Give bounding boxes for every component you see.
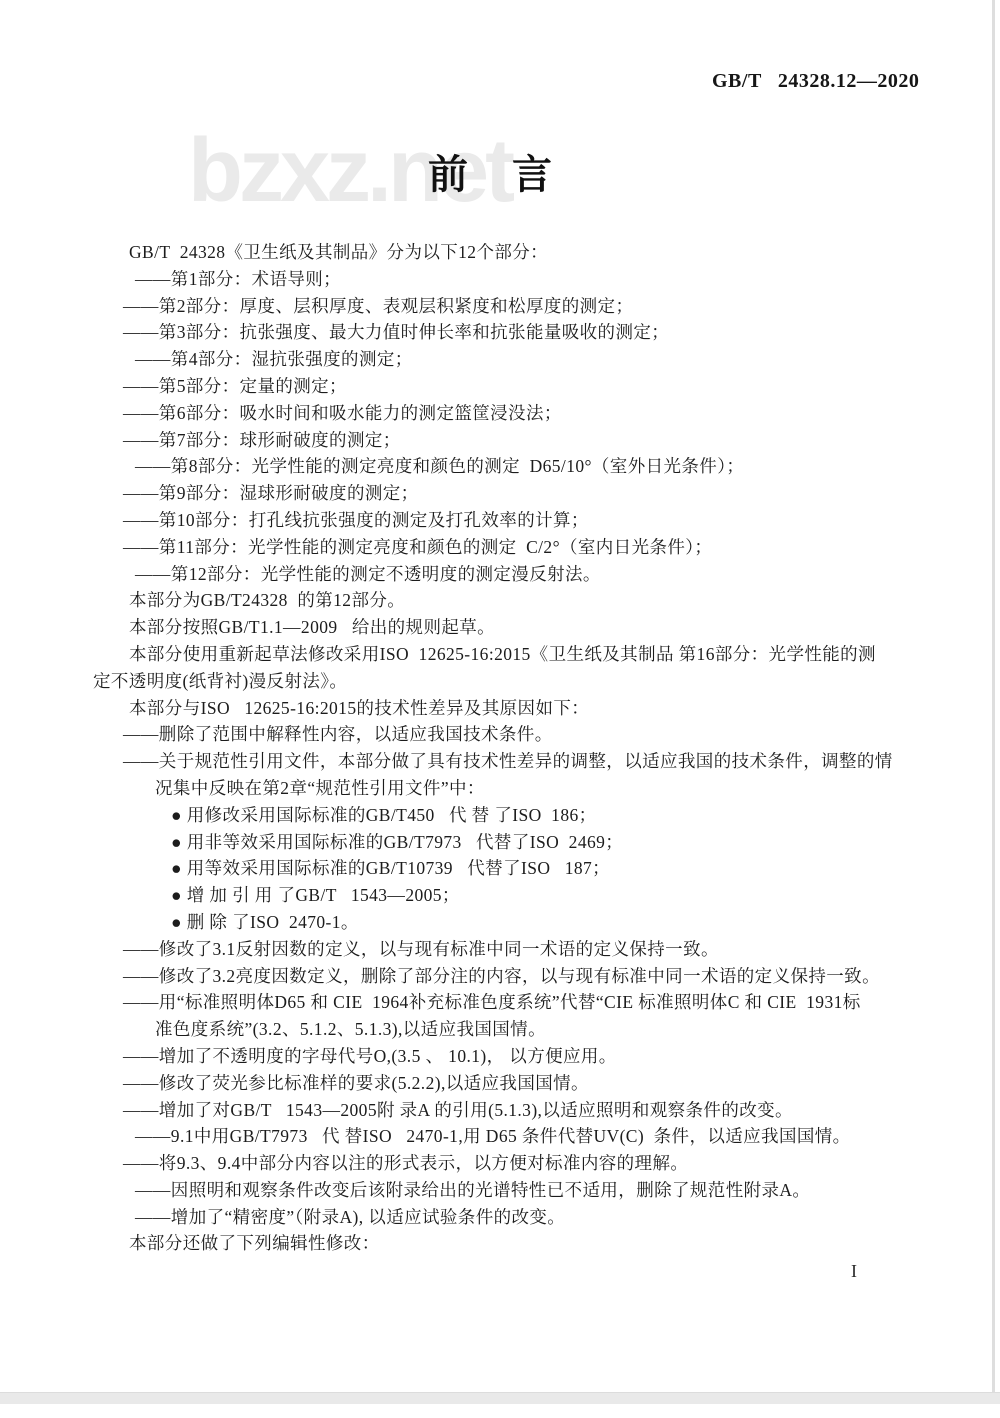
document-line: ——第4部分：湿抗张强度的测定； xyxy=(93,346,913,373)
document-line: 准色度系统”(3.2、5.1.2、5.1.3),以适应我国国情。 xyxy=(93,1016,913,1043)
document-line: ——第6部分：吸水时间和吸水能力的测定篮筐浸没法； xyxy=(93,400,913,427)
document-line: ——删除了范围中解释性内容，以适应我国技术条件。 xyxy=(93,721,913,748)
document-line: ——修改了3.2亮度因数定义，删除了部分注的内容，以与现有标准中同一术语的定义保… xyxy=(93,963,913,990)
document-line: ——增加了不透明度的字母代号O,(3.5 、 10.1)， 以方便应用。 xyxy=(93,1043,913,1070)
document-line: ——第10部分：打孔线抗张强度的测定及打孔效率的计算； xyxy=(93,507,913,534)
page-edge-bottom xyxy=(0,1392,1000,1404)
document-line: ——第11部分：光学性能的测定亮度和颜色的测定 C/2°（室内日光条件）； xyxy=(93,534,913,561)
document-line: ——修改了3.1反射因数的定义，以与现有标准中同一术语的定义保持一致。 xyxy=(93,936,913,963)
document-line: ● 删 除 了ISO 2470-1。 xyxy=(93,909,913,936)
document-line: 本部分按照GB/T1.1—2009 给出的规则起草。 xyxy=(93,614,913,641)
document-line: ● 用等效采用国际标准的GB/T10739 代替了ISO 187； xyxy=(93,855,913,882)
document-line: ——第12部分：光学性能的测定不透明度的测定漫反射法。 xyxy=(93,561,913,588)
document-line: ——第3部分：抗张强度、最大力值时伸长率和抗张能量吸收的测定； xyxy=(93,319,913,346)
document-line: ● 用修改采用国际标准的GB/T450 代 替 了ISO 186； xyxy=(93,802,913,829)
document-line: ——增加了对GB/T 1543—2005附 录A 的引用(5.1.3),以适应照… xyxy=(93,1097,913,1124)
document-line: ● 用非等效采用国际标准的GB/T7973 代替了ISO 2469； xyxy=(93,829,913,856)
document-line: ——关于规范性引用文件，本部分做了具有技术性差异的调整，以适应我国的技术条件，调… xyxy=(93,748,913,775)
document-line: 本部分与ISO 12625-16:2015的技术性差异及其原因如下： xyxy=(93,695,913,722)
document-line: ——第8部分：光学性能的测定亮度和颜色的测定 D65/10°（室外日光条件）； xyxy=(93,453,913,480)
standard-number: GB/T 24328.12—2020 xyxy=(712,70,919,93)
document-line: ——9.1中用GB/T7973 代 替ISO 2470-1,用 D65 条件代替… xyxy=(93,1123,913,1150)
page-edge-right xyxy=(992,0,995,1392)
document-line: ——第1部分：术语导则； xyxy=(93,266,913,293)
document-line: 况集中反映在第2章“规范性引用文件”中： xyxy=(93,775,913,802)
document-line: ● 增 加 引 用 了GB/T 1543—2005； xyxy=(93,882,913,909)
document-line: ——第5部分：定量的测定； xyxy=(93,373,913,400)
document-line: GB/T 24328《卫生纸及其制品》分为以下12个部分： xyxy=(93,239,913,266)
document-line: ——因照明和观察条件改变后该附录给出的光谱特性已不适用，删除了规范性附录A。 xyxy=(93,1177,913,1204)
document-line: ——第9部分：湿球形耐破度的测定； xyxy=(93,480,913,507)
document-line: 本部分使用重新起草法修改采用ISO 12625-16:2015《卫生纸及其制品 … xyxy=(93,641,913,668)
document-line: 定不透明度(纸背衬)漫反射法》。 xyxy=(93,668,913,695)
document-line: ——第7部分：球形耐破度的测定； xyxy=(93,427,913,454)
document-line: ——增加了“精密度”（附录A), 以适应试验条件的改变。 xyxy=(93,1204,913,1231)
document-line: 本部分还做了下列编辑性修改： xyxy=(93,1230,913,1257)
document-line: ——第2部分：厚度、层积厚度、表观层积紧度和松厚度的测定； xyxy=(93,293,913,320)
document-body: GB/T 24328《卫生纸及其制品》分为以下12个部分：——第1部分：术语导则… xyxy=(93,239,913,1257)
document-line: ——修改了荧光参比标准样的要求(5.2.2),以适应我国国情。 xyxy=(93,1070,913,1097)
document-line: ——用“标准照明体D65 和 CIE 1964补充标准色度系统”代替“CIE 标… xyxy=(93,989,913,1016)
document-line: 本部分为GB/T24328 的第12部分。 xyxy=(93,587,913,614)
page-title: 前 言 xyxy=(428,143,554,200)
document-page: GB/T 24328.12—2020 bzxz.net 前 言 GB/T 243… xyxy=(0,0,1000,1418)
document-line: ——将9.3、9.4中部分内容以注的形式表示，以方便对标准内容的理解。 xyxy=(93,1150,913,1177)
page-number: I xyxy=(851,1261,857,1282)
